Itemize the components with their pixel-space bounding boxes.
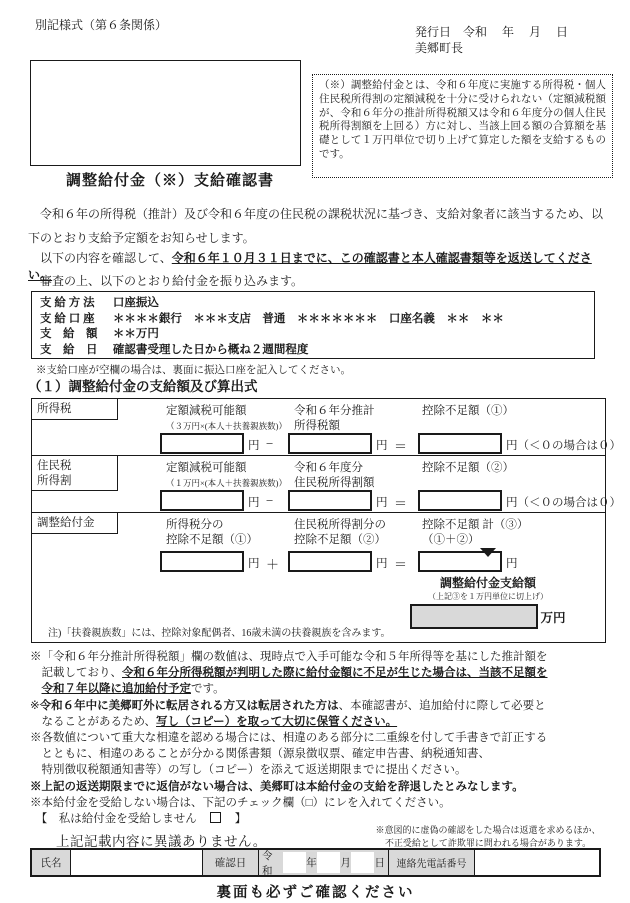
- calc-section-heading: （１）調整給付金の支給額及び算出式: [28, 375, 258, 395]
- shortfall-1-box[interactable]: [160, 551, 244, 572]
- yen-unit-with-note: 円（＜０の場合は０）: [506, 437, 621, 453]
- col2-header: 住民税所得割分の 控除不足額（②）: [294, 518, 386, 548]
- benefit-confirmation-form: 別記様式（第６条関係） 発行日 令和 年 月 日 美郷町長 （※）調整給付金とは…: [0, 0, 630, 903]
- intro-paragraph: 令和６年の所得税（推計）及び令和６年度の住民税の課税状況に基づき、支給対象者に該…: [28, 203, 606, 250]
- col3-header: 控除不足額（②）: [422, 461, 514, 476]
- phone-field[interactable]: [474, 850, 599, 875]
- note-line: ※上記の返送期限までに返信がない場合は、美郷町は本給付金の支給を辞退したとみなし…: [30, 779, 608, 795]
- fraud-warning: ※意図的に虚偽の確認をした場合は返還を求めるほか、 不正受給として詐欺罪に問われ…: [366, 824, 610, 849]
- yen-unit: 円: [248, 437, 260, 453]
- col3-header: 控除不足額 計（③） （①＋②）: [422, 518, 528, 548]
- name-field[interactable]: [70, 850, 202, 875]
- payout-amount-box[interactable]: [410, 604, 538, 629]
- resident-tax-amount-box[interactable]: [288, 490, 372, 511]
- note-line: ※本給付金を受給しない場合は、下記のチェック欄（□）にレを入れてください。: [30, 795, 608, 811]
- yen-unit-with-note: 円（＜０の場合は０）: [506, 494, 621, 510]
- payout-title: 調整給付金支給額: [377, 574, 599, 591]
- notes-list: ※「令和６年分推計所得税額」欄の数値は、現時点で入手可能な令和５年所得等を基にし…: [30, 649, 608, 827]
- payment-amount-label: 支 給 額: [40, 327, 102, 343]
- note-line: 令和７年以降に追加給付予定です。: [30, 681, 608, 697]
- col2-header: 令和６年分推計 所得税額: [294, 404, 375, 434]
- issue-block: 発行日 令和 年 月 日 美郷町長: [415, 24, 568, 56]
- yen-unit: 円: [376, 494, 388, 510]
- name-label: 氏名: [32, 850, 70, 875]
- note-line: とともに、相違のあることが分かる関係書類（源泉徴収票、確定申告書、納税通知書、: [30, 746, 608, 762]
- payment-info-table: 支 給 方 法 口座振込 支 給 口 座 ＊＊＊＊銀行 ＊＊＊支店 普通 ＊＊＊…: [31, 291, 595, 359]
- recipient-address-window: [30, 60, 301, 166]
- income-tax-deduction-possible-box[interactable]: [160, 433, 244, 454]
- adjustment-benefit-label: 調整給付金: [32, 513, 118, 534]
- dependents-note: 注)「扶養親族数」には、控除対象配偶者、16歳未満の扶養親族を含みます。: [48, 624, 391, 639]
- decline-checkbox[interactable]: [210, 812, 221, 823]
- year-field[interactable]: [283, 852, 307, 873]
- day-label: 日: [374, 855, 385, 870]
- payment-amount-row: 支 給 額 ＊＊万円: [40, 327, 594, 343]
- resident-tax-shortfall-box[interactable]: [418, 490, 502, 511]
- minus-operator: −: [266, 493, 273, 509]
- resident-tax-label: 住民税 所得割: [32, 456, 118, 491]
- era-label: 令和: [262, 848, 283, 878]
- payment-amount-value: ＊＊万円: [113, 328, 159, 340]
- payment-account-value: ＊＊＊＊銀行 ＊＊＊支店 普通 ＊＊＊＊＊＊＊ 口座名義 ＊＊ ＊＊: [113, 313, 504, 325]
- payout-block: 調整給付金支給額 （上記③を１万円単位に切上げ） 万円: [377, 557, 599, 629]
- declaration-text: 上記記載内容に異議ありません。: [56, 830, 267, 850]
- definition-note-box: （※）調整給付金とは、令和６年度に実施する所得税・個人住民税所得割の定額減税を十…: [312, 74, 613, 178]
- form-reference: 別記様式（第６条関係）: [35, 16, 167, 33]
- down-arrow-icon: [480, 557, 496, 572]
- issue-date: 発行日 令和 年 月 日: [415, 24, 568, 40]
- issuer-name: 美郷町長: [415, 40, 568, 56]
- col1-subheader: （１万円×(本人＋扶養親族数)）: [166, 477, 287, 489]
- yen-unit: 円: [248, 555, 260, 571]
- col1-header: 所得税分の 控除不足額（①）: [166, 518, 258, 548]
- payment-date-value: 確認書受理した日から概ね２週間程度: [113, 344, 309, 356]
- payment-account-label: 支 給 口 座: [40, 312, 102, 328]
- man-yen-unit: 万円: [540, 611, 565, 625]
- month-label: 月: [340, 855, 351, 870]
- col1-header: 定額減税可能額: [166, 461, 247, 476]
- document-title: 調整給付金（※）支給確認書: [30, 169, 310, 190]
- resident-tax-deduction-possible-box[interactable]: [160, 490, 244, 511]
- note-line: なることがあるため、写し（コピー）を取って大切に保管ください。: [30, 714, 608, 730]
- col2-header: 令和６年度分 住民税所得割額: [294, 461, 375, 491]
- income-tax-shortfall-box[interactable]: [418, 433, 502, 454]
- shortfall-2-box[interactable]: [288, 551, 372, 572]
- minus-operator: −: [266, 436, 273, 452]
- equals-operator: ＝: [394, 493, 407, 512]
- note-line: ※各数値について重大な相違を認める場合には、相違のある部分に二重線を付して手書き…: [30, 730, 608, 746]
- day-field[interactable]: [351, 852, 375, 873]
- col1-subheader: （３万円×(本人＋扶養親族数)）: [166, 420, 287, 432]
- payment-date-label: 支 給 日: [40, 343, 102, 359]
- payment-method-label: 支 給 方 法: [40, 296, 102, 312]
- yen-unit: 円: [248, 494, 260, 510]
- payout-subtitle: （上記③を１万円単位に切上げ）: [377, 591, 599, 602]
- confirm-date-label: 確認日: [202, 850, 258, 875]
- estimated-income-tax-box[interactable]: [288, 433, 372, 454]
- calc-table: 所得税 定額減税可能額 （３万円×(本人＋扶養親族数)） 円 − 令和６年分推計…: [31, 398, 606, 643]
- col1-header: 定額減税可能額: [166, 404, 247, 419]
- review-sentence: 審査の上、以下のとおり給付金を振り込みます。: [28, 272, 606, 289]
- note-line: 特別徴収税額通知書等）の写し（コピー）を添えて返送期限までに提出ください。: [30, 762, 608, 778]
- yen-unit: 円: [376, 437, 388, 453]
- income-tax-row: 所得税 定額減税可能額 （３万円×(本人＋扶養親族数)） 円 − 令和６年分推計…: [32, 399, 605, 456]
- year-label: 年: [306, 855, 317, 870]
- back-side-reminder: 裏面も必ずご確認ください: [30, 881, 601, 902]
- equals-operator: ＝: [394, 436, 407, 455]
- note-line: ※令和６年中に美郷町外に転居される方又は転居された方は、本確認書が、追加給付に際…: [30, 698, 608, 714]
- confirm-date-cell: 令和 年 月 日: [258, 850, 388, 875]
- income-tax-label: 所得税: [32, 399, 118, 420]
- resident-tax-row: 住民税 所得割 定額減税可能額 （１万円×(本人＋扶養親族数)） 円 − 令和６…: [32, 456, 605, 513]
- payment-date-row: 支 給 日 確認書受理した日から概ね２週間程度: [40, 343, 594, 359]
- col3-header: 控除不足額（①）: [422, 404, 514, 419]
- adjustment-benefit-row: 調整給付金 所得税分の 控除不足額（①） 円 ＋ 住民税所得割分の 控除不足額（…: [32, 513, 605, 642]
- note-line: 記載しており、令和６年分所得税額が判明した際に給付金額に不足が生じた場合は、当該…: [30, 665, 608, 681]
- payment-method-row: 支 給 方 法 口座振込: [40, 296, 594, 312]
- payment-method-value: 口座振込: [113, 297, 159, 309]
- note-line: ※「令和６年分推計所得税額」欄の数値は、現時点で入手可能な令和５年所得等を基にし…: [30, 649, 608, 665]
- month-field[interactable]: [317, 852, 341, 873]
- plus-operator: ＋: [266, 554, 279, 573]
- signature-table: 氏名 確認日 令和 年 月 日 連絡先電話番号: [30, 848, 601, 877]
- payment-account-row: 支 給 口 座 ＊＊＊＊銀行 ＊＊＊支店 普通 ＊＊＊＊＊＊＊ 口座名義 ＊＊ …: [40, 312, 594, 328]
- phone-label: 連絡先電話番号: [388, 850, 474, 875]
